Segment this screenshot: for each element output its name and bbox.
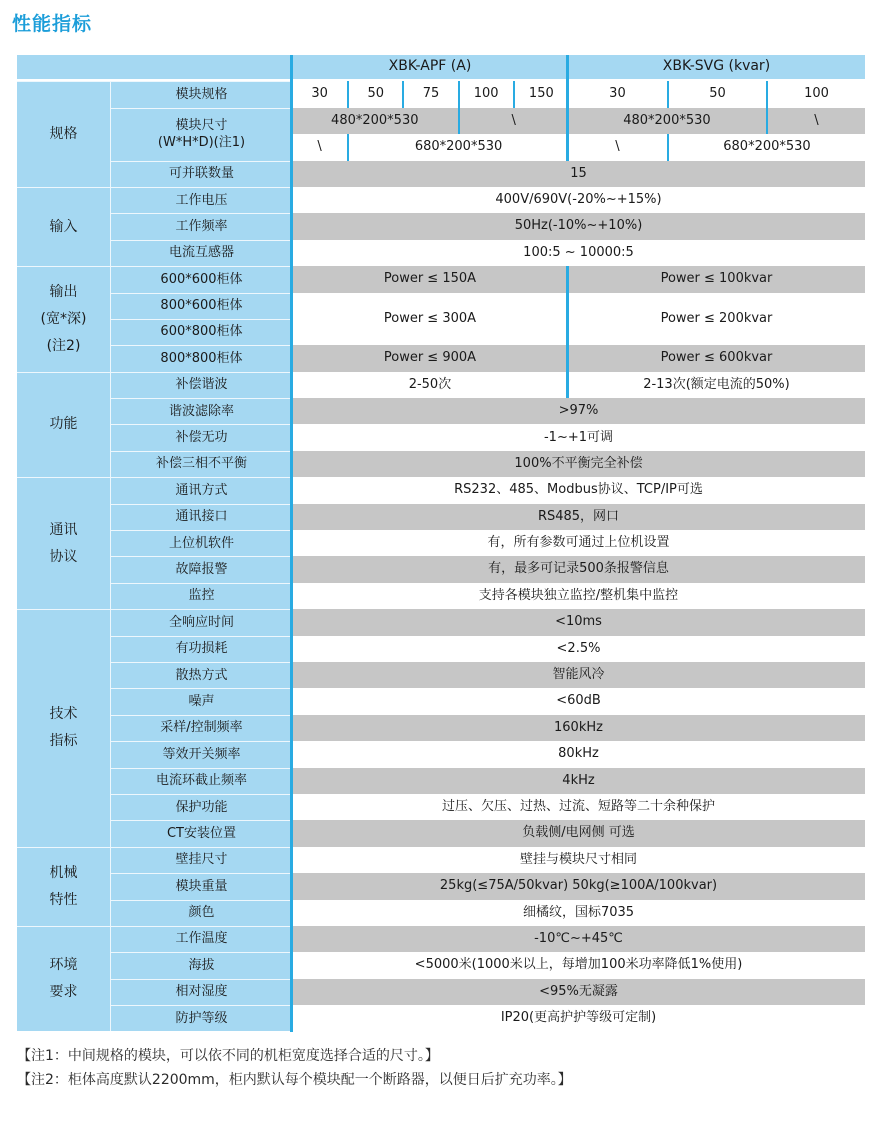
row-label-parallel: 可并联数量 bbox=[110, 161, 292, 187]
row-label-voltage: 工作电压 bbox=[110, 187, 292, 213]
value-cell-size-na-apf: \ bbox=[458, 108, 568, 134]
value-cell-svg-30: 30 bbox=[568, 81, 667, 107]
value-cell-noise: <60dB bbox=[292, 688, 865, 714]
row-label-cooling: 散热方式 bbox=[110, 662, 292, 688]
value-cell-size2-680-svg: 680*200*530 bbox=[667, 134, 865, 160]
row-label-ct-position: CT安装位置 bbox=[110, 820, 292, 846]
row-label-alarm: 故障报警 bbox=[110, 556, 292, 582]
value-cell-cabmid-apf: Power ≤ 300A bbox=[292, 293, 568, 346]
row-label-comm-mode: 通讯方式 bbox=[110, 477, 292, 503]
row-label-wall-mount: 壁挂尺寸 bbox=[110, 847, 292, 873]
footnote-1: 【注1：中间规格的模块，可以依不同的机柜宽度选择合适的尺寸。】 bbox=[17, 1045, 439, 1065]
category-cell-mech: 机械 特性 bbox=[17, 847, 110, 926]
value-cell-size-na-svg: \ bbox=[766, 108, 865, 134]
row-label-module-size: 模块尺寸 (W*H*D)(注1) bbox=[110, 108, 292, 161]
value-cell-size2-na-svg: \ bbox=[568, 134, 667, 160]
value-cell-apf-75: 75 bbox=[402, 81, 457, 107]
row-label-ip: 防护等级 bbox=[110, 1005, 292, 1031]
category-cell-comm: 通讯 协议 bbox=[17, 477, 110, 609]
page-title: 性能指标 bbox=[12, 9, 92, 36]
value-cell-humidity: <95%无凝露 bbox=[292, 979, 865, 1005]
divider-line-labels-values bbox=[290, 55, 293, 1032]
value-cell-size-480-apf: 480*200*530 bbox=[292, 108, 458, 134]
row-label-noise: 噪声 bbox=[110, 688, 292, 714]
category-cell-tech: 技术 指标 bbox=[17, 609, 110, 847]
row-label-host-sw: 上位机软件 bbox=[110, 530, 292, 556]
row-label-module-spec: 模块规格 bbox=[110, 81, 292, 107]
row-label-cab600600: 600*600柜体 bbox=[110, 266, 292, 292]
category-cell-input: 输入 bbox=[17, 187, 110, 266]
row-label-sampling: 采样/控制频率 bbox=[110, 715, 292, 741]
row-label-response: 全响应时间 bbox=[110, 609, 292, 635]
header-cell-blank bbox=[17, 55, 292, 81]
value-cell-comm-mode: RS232、485、Modbus协议、TCP/IP可选 bbox=[292, 477, 865, 503]
value-cell-parallel: 15 bbox=[292, 161, 865, 187]
row-label-harmonic: 补偿谐波 bbox=[110, 372, 292, 398]
row-label-frequency: 工作频率 bbox=[110, 213, 292, 239]
value-cell-svg-50: 50 bbox=[667, 81, 766, 107]
value-cell-apf-100: 100 bbox=[458, 81, 513, 107]
value-cell-ct-position: 负载侧/电网侧 可选 bbox=[292, 820, 865, 846]
category-cell-function: 功能 bbox=[17, 372, 110, 478]
value-cell-apf-50: 50 bbox=[347, 81, 402, 107]
divider-line-apf-svg-mid bbox=[566, 266, 569, 398]
value-cell-ip: IP20(更高护护等级可定制) bbox=[292, 1005, 865, 1031]
value-cell-harmonic-svg: 2-13次(额定电流的50%) bbox=[568, 372, 865, 398]
row-label-cab800600: 800*600柜体 bbox=[110, 293, 292, 319]
row-label-ct: 电流互感器 bbox=[110, 240, 292, 266]
row-label-cab800800: 800*800柜体 bbox=[110, 345, 292, 371]
footnote-2: 【注2：柜体高度默认2200mm，柜内默认每个模块配一个断路器，以便日后扩充功率… bbox=[17, 1069, 572, 1089]
value-cell-host-sw: 有，所有参数可通过上位机设置 bbox=[292, 530, 865, 556]
value-cell-filter-rate: >97% bbox=[292, 398, 865, 424]
value-cell-sampling: 160kHz bbox=[292, 715, 865, 741]
row-label-cab600800: 600*800柜体 bbox=[110, 319, 292, 345]
value-cell-unbalance: 100%不平衡完全补偿 bbox=[292, 451, 865, 477]
value-cell-switching: 80kHz bbox=[292, 741, 865, 767]
value-cell-size2-680-apf: 680*200*530 bbox=[347, 134, 568, 160]
divider-line-apf-svg-top bbox=[566, 55, 569, 161]
value-cell-frequency: 50Hz(-10%~+10%) bbox=[292, 213, 865, 239]
value-cell-protection: 过压、欠压、过热、过流、短路等二十余种保护 bbox=[292, 794, 865, 820]
row-label-cutoff: 电流环截止频率 bbox=[110, 768, 292, 794]
value-cell-response: <10ms bbox=[292, 609, 865, 635]
row-label-temp: 工作温度 bbox=[110, 926, 292, 952]
value-cell-color: 细橘纹，国标7035 bbox=[292, 900, 865, 926]
row-label-altitude: 海拔 bbox=[110, 952, 292, 978]
value-cell-ct: 100:5 ~ 10000:5 bbox=[292, 240, 865, 266]
spec-table: XBK-APF (A) XBK-SVG (kvar) 规格 输入 输出 (宽*深… bbox=[17, 55, 865, 1032]
value-cell-alarm: 有，最多可记录500条报警信息 bbox=[292, 556, 865, 582]
value-cell-svg-100: 100 bbox=[766, 81, 865, 107]
value-cell-cutoff: 4kHz bbox=[292, 768, 865, 794]
value-cell-apf-30: 30 bbox=[292, 81, 347, 107]
value-cell-cabmid-svg: Power ≤ 200kvar bbox=[568, 293, 865, 346]
value-cell-cab800800-apf: Power ≤ 900A bbox=[292, 345, 568, 371]
value-cell-cab600600-svg: Power ≤ 100kvar bbox=[568, 266, 865, 292]
row-label-weight: 模块重量 bbox=[110, 873, 292, 899]
value-cell-altitude: <5000米(1000米以上，每增加100米功率降低1%使用) bbox=[292, 952, 865, 978]
value-cell-loss: <2.5% bbox=[292, 636, 865, 662]
row-label-switching: 等效开关频率 bbox=[110, 741, 292, 767]
value-cell-cab800800-svg: Power ≤ 600kvar bbox=[568, 345, 865, 371]
value-cell-wall-mount: 壁挂与模块尺寸相同 bbox=[292, 847, 865, 873]
header-cell-apf: XBK-APF (A) bbox=[292, 55, 568, 81]
value-cell-voltage: 400V/690V(-20%~+15%) bbox=[292, 187, 865, 213]
row-label-humidity: 相对湿度 bbox=[110, 979, 292, 1005]
row-label-monitor: 监控 bbox=[110, 583, 292, 609]
category-cell-output: 输出 (宽*深) (注2) bbox=[17, 266, 110, 372]
row-label-filter-rate: 谐波滤除率 bbox=[110, 398, 292, 424]
value-cell-size-480-svg: 480*200*530 bbox=[568, 108, 766, 134]
value-cell-cooling: 智能风冷 bbox=[292, 662, 865, 688]
value-cell-reactive: -1~+1可调 bbox=[292, 424, 865, 450]
row-label-loss: 有功损耗 bbox=[110, 636, 292, 662]
value-cell-comm-port: RS485，网口 bbox=[292, 504, 865, 530]
category-cell-env: 环境 要求 bbox=[17, 926, 110, 1032]
value-cell-harmonic-apf: 2-50次 bbox=[292, 372, 568, 398]
row-label-comm-port: 通讯接口 bbox=[110, 504, 292, 530]
header-cell-svg: XBK-SVG (kvar) bbox=[568, 55, 865, 81]
category-cell-spec: 规格 bbox=[17, 81, 110, 187]
value-cell-apf-150: 150 bbox=[513, 81, 568, 107]
value-cell-cab600600-apf: Power ≤ 150A bbox=[292, 266, 568, 292]
value-cell-size2-na-apf: \ bbox=[292, 134, 347, 160]
value-cell-monitor: 支持各模块独立监控/整机集中监控 bbox=[292, 583, 865, 609]
value-cell-weight: 25kg(≤75A/50kvar) 50kg(≥100A/100kvar) bbox=[292, 873, 865, 899]
row-label-unbalance: 补偿三相不平衡 bbox=[110, 451, 292, 477]
spec-sheet-page: 性能指标 XBK-APF (A) XBK-SVG (kvar) 规格 输入 输出… bbox=[0, 0, 882, 1126]
row-label-color: 颜色 bbox=[110, 900, 292, 926]
row-label-reactive: 补偿无功 bbox=[110, 424, 292, 450]
row-label-protection: 保护功能 bbox=[110, 794, 292, 820]
value-cell-temp: -10℃~+45℃ bbox=[292, 926, 865, 952]
